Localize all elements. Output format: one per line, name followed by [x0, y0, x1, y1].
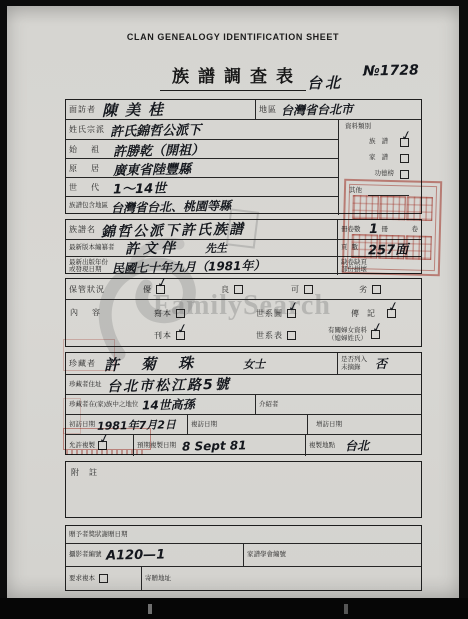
interviewee-label: 面訪者 [69, 105, 96, 114]
item-checkbox [176, 309, 185, 318]
cell-genealogy-name: 族譜名 錦哲公派下許氏族譜 [66, 220, 338, 239]
pubdate-value: 民國七十年九月（1981年） [112, 256, 266, 276]
lineage-left-column: 姓氏宗派 許氏錦哲公派下 始祖 許勝乾（開祖） 原居 廣東省陸豐縣 世代 1～1… [66, 120, 338, 215]
pubdate-label-line2: 或發現日期 [69, 266, 108, 274]
content-item-pedigree-chart: 世系圖 ✓ [256, 309, 296, 318]
opt-checkbox [304, 285, 313, 294]
checkbox-icon [304, 285, 313, 294]
content-item-pedigree-table: 世系表 [256, 331, 296, 340]
condition-opt-excellent: 優 ✓ [143, 285, 165, 294]
row-holder: 珍藏者 許菊珠 女士 是否列入 未摘錄 否 [66, 353, 421, 374]
cell-pages: 頁數 257面 [338, 240, 421, 256]
lineage-label: 姓氏宗派 [69, 125, 105, 134]
handwritten-sheet-number: №1728 [363, 62, 419, 79]
row-interviewee: 面訪者 陳美桂 地區 台灣省台北市 [66, 100, 421, 119]
introducer-label: 介紹者 [259, 401, 279, 409]
notes-label: 附註 [71, 468, 107, 477]
compiler-title: 先生 [204, 240, 226, 256]
category-item-zupu: 族譜 ✓ [345, 138, 417, 147]
table-genealogy-info: 族譜名 錦哲公派下許氏族譜 冊卷數 1 冊 卷 最新版本編纂者 許文伴 先生 頁… [65, 219, 422, 274]
cell-lineage: 姓氏宗派 許氏錦哲公派下 [66, 120, 338, 139]
cell-society-number: 家譜學會編號 [244, 544, 421, 566]
table-office-use: 贈予者獎狀謝贈日期 攝影者編號 A120—1 家譜學會編號 要求複本 寄贈地址 [65, 525, 422, 591]
cell-additional-visit: 增訪日期 [308, 415, 421, 434]
handwritten-place: 台北 [307, 72, 343, 94]
women-label-line1: 有關婦女資料 [328, 327, 367, 335]
coverage-value: 台灣省台北、桃園等縣 [111, 196, 231, 216]
copy-date-value: 8 Sept 81 [182, 438, 247, 453]
category-gongdebang-checkbox [400, 170, 409, 179]
cell-listed: 是否列入 未摘錄 否 [338, 353, 421, 374]
cell-position: 珍藏者在(家)族中之地位 14世高孫 [66, 395, 256, 414]
cell-address: 珍藏者住址 台北市松江路5號 [66, 375, 421, 394]
page-title: 族譜調查表 [160, 62, 306, 91]
category-other-label: 其他 [349, 187, 362, 195]
coverage-label: 族譜包含地區 [69, 202, 108, 210]
mail-address-label: 寄贈地址 [145, 575, 171, 583]
item-checkbox [287, 331, 296, 340]
missing-label-line1: 缺卷缺頁 [341, 259, 367, 267]
condition-opt-poor: 劣 [359, 285, 381, 294]
category-zupu-checkbox: ✓ [400, 138, 409, 147]
photographer-label: 攝影者編號 [69, 551, 102, 559]
row-award-date: 贈予者獎狀謝贈日期 [66, 526, 421, 543]
address-label: 珍藏者住址 [69, 381, 102, 389]
listed-label-line2: 未摘錄 [341, 364, 367, 372]
scan-edge-mark [344, 604, 348, 614]
cell-photographer: 攝影者編號 A120—1 [66, 544, 244, 566]
missing-label-line2: 部份損壞 [341, 266, 367, 274]
cell-generations: 世代 1～14世 [66, 177, 338, 196]
checkmark-icon: ✓ [371, 320, 385, 337]
cell-holder: 珍藏者 許菊珠 女士 [66, 353, 338, 374]
holder-label: 珍藏者 [69, 359, 96, 368]
category-item-gongdebang: 功德榜 [345, 170, 417, 179]
table-holder-info: 珍藏者 許菊珠 女士 是否列入 未摘錄 否 珍藏者住址 台北市松江路5號 [65, 352, 422, 455]
opt-label: 劣 [359, 285, 368, 294]
cell-introducer: 介紹者 [256, 395, 421, 414]
copy-date-label: 預期複製日期 [137, 442, 176, 450]
checkmark-icon: ✓ [176, 321, 190, 338]
cell-compiler: 最新版本編纂者 許文伴 先生 [66, 240, 338, 256]
cell-award-date: 贈予者獎狀謝贈日期 [66, 526, 421, 543]
category-jiapu-checkbox [400, 154, 409, 163]
cell-missing: 缺卷缺頁 部份損壞 [338, 257, 421, 275]
compiler-label: 最新版本編纂者 [69, 244, 115, 252]
document-header: CLAN GENEALOGY IDENTIFICATION SHEET [7, 32, 459, 42]
genealogy-name-label: 族譜名 [69, 225, 96, 234]
item-checkbox: ✓ [371, 330, 380, 339]
category-item-other: 其他 [345, 186, 417, 196]
volumes-label: 冊卷數 [341, 226, 361, 234]
holder-title: 女士 [243, 355, 265, 371]
item-label: 世系表 [256, 331, 283, 340]
content-item-manuscript: 寫本 [154, 309, 185, 318]
cell-pubdate: 最新出版年份 或發現日期 民國七十年九月（1981年） [66, 257, 338, 275]
item-label: 世系圖 [256, 309, 283, 318]
request-copy-checkbox [99, 574, 108, 583]
row-photographer: 攝影者編號 A120—1 家譜學會編號 [66, 543, 421, 566]
cell-revisit: 複訪日期 [188, 415, 308, 434]
checkmark-icon: ✓ [287, 299, 301, 316]
listed-label-wrap: 是否列入 未摘錄 [341, 356, 367, 371]
origin-label: 原居 [69, 164, 113, 173]
first-visit-value: 1981年7月2日 [97, 416, 176, 434]
permit-label: 允許複製 [69, 442, 95, 450]
content-item-biography: 傳記 ✓ [351, 309, 396, 318]
award-date-label: 贈予者獎狀謝贈日期 [69, 531, 128, 539]
pubdate-label-line1: 最新出版年份 [69, 259, 108, 267]
checkmark-icon: ✓ [156, 275, 170, 292]
item-checkbox: ✓ [287, 309, 296, 318]
cell-interviewee: 面訪者 陳美桂 [66, 100, 256, 119]
condition-label: 保管狀況 [69, 285, 105, 294]
area-label: 地區 [259, 105, 277, 114]
cell-ancestor: 始祖 許勝乾（開祖） [66, 139, 338, 158]
opt-label: 良 [221, 285, 230, 294]
volumes-unit: 冊 [382, 226, 389, 234]
checkbox-icon [287, 331, 296, 340]
generations-value: 1～14世 [113, 177, 167, 197]
category-column: 資料類別 族譜 ✓ 家譜 功德榜 其他 [338, 120, 421, 215]
checkmark-icon: ✓ [98, 431, 112, 448]
women-label-line2: （媳婦姓氏） [328, 335, 367, 343]
ancestor-value: 許勝乾（開祖） [113, 139, 204, 160]
volumes-value: 1 [368, 222, 377, 237]
row-request-copy: 要求複本 寄贈地址 [66, 566, 421, 590]
copy-place-label: 複製地點 [309, 442, 335, 450]
ancestor-label: 始祖 [69, 145, 113, 154]
checkbox-icon [234, 285, 243, 294]
opt-checkbox: ✓ [156, 285, 165, 294]
category-item-jiapu: 家譜 [345, 154, 417, 163]
area-value: 台灣省台北市 [281, 100, 353, 119]
checkbox-icon [176, 309, 185, 318]
listed-label-line1: 是否列入 [341, 356, 367, 364]
opt-label: 可 [291, 285, 300, 294]
checkbox-icon [99, 574, 108, 583]
cell-copy-date: 預期複製日期 8 Sept 81 [134, 435, 306, 456]
cell-origin: 原居 廣東省陸豐縣 [66, 158, 338, 177]
checkbox-icon [400, 154, 409, 163]
women-label-wrap: 有關婦女資料 （媳婦姓氏） [328, 327, 367, 342]
item-label: 傳記 [351, 309, 383, 318]
checkbox-icon [372, 285, 381, 294]
opt-checkbox [234, 285, 243, 294]
society-number-label: 家譜學會編號 [247, 551, 286, 559]
scan-edge-mark [148, 604, 152, 614]
lineage-value: 許氏錦哲公派下 [110, 119, 201, 140]
row-copy-permit: 允許複製 ✓ 預期複製日期 8 Sept 81 複製地點 台北 [66, 434, 421, 456]
condition-opt-fair: 可 [291, 285, 313, 294]
cell-request-copy: 要求複本 [66, 567, 142, 590]
table-condition-content: 保管狀況 優 ✓ 良 可 劣 [65, 278, 422, 347]
scanned-genealogy-form-page: CLAN GENEALOGY IDENTIFICATION SHEET 族譜調查… [0, 0, 468, 619]
row-condition: 保管狀況 優 ✓ 良 可 劣 [66, 279, 421, 299]
interviewee-value: 陳美桂 [102, 98, 171, 120]
row-genealogy-name: 族譜名 錦哲公派下許氏族譜 冊卷數 1 冊 卷 [66, 220, 421, 239]
scan-bottom-bar [0, 598, 468, 619]
pages-label: 頁數 [341, 244, 362, 252]
content-item-women-data: 有關婦女資料 （媳婦姓氏） ✓ [328, 327, 380, 342]
paper-sheet: CLAN GENEALOGY IDENTIFICATION SHEET 族譜調查… [7, 6, 459, 598]
category-zupu-label: 族譜 [369, 138, 394, 146]
opt-label: 優 [143, 285, 152, 294]
table-notes: 附註 [65, 461, 422, 518]
generations-label: 世代 [69, 183, 113, 192]
cell-area: 地區 台灣省台北市 [256, 100, 421, 119]
revisit-label: 複訪日期 [191, 421, 217, 429]
copy-place-value: 台北 [345, 437, 369, 454]
cell-volumes: 冊卷數 1 冊 卷 [338, 220, 421, 239]
cell-permit: 允許複製 ✓ [66, 435, 134, 456]
item-label: 刊本 [154, 331, 172, 340]
listed-value: 否 [375, 355, 387, 372]
row-position: 珍藏者在(家)族中之地位 14世高孫 介紹者 [66, 394, 421, 414]
row-visit-dates: 初訪日期 1981年7月2日 複訪日期 增訪日期 [66, 414, 421, 434]
content-item-printed: 刊本 ✓ [154, 331, 185, 340]
table-respondent: 面訪者 陳美桂 地區 台灣省台北市 姓氏宗派 許氏錦哲公派下 始祖 許勝乾（開 [65, 99, 422, 214]
other-blank-line [368, 186, 409, 196]
item-label: 寫本 [154, 309, 172, 318]
opt-checkbox [372, 285, 381, 294]
permit-checkbox: ✓ [98, 441, 107, 450]
row-lineage-block: 姓氏宗派 許氏錦哲公派下 始祖 許勝乾（開祖） 原居 廣東省陸豐縣 世代 1～1… [66, 119, 421, 215]
position-label: 珍藏者在(家)族中之地位 [69, 401, 138, 409]
pubdate-label-wrap: 最新出版年份 或發現日期 [69, 259, 108, 274]
item-checkbox: ✓ [176, 331, 185, 340]
cell-condition: 保管狀況 優 ✓ 良 可 劣 [66, 279, 421, 299]
photographer-number: A120—1 [105, 547, 165, 563]
item-checkbox: ✓ [387, 309, 396, 318]
row-address: 珍藏者住址 台北市松江路5號 [66, 374, 421, 394]
row-content: 內容 寫本 世系圖 ✓ 傳記 ✓ 刊本 ✓ 世系表 [66, 299, 421, 348]
origin-value: 廣東省陸豐縣 [113, 158, 191, 179]
checkbox-icon [400, 170, 409, 179]
cell-first-visit: 初訪日期 1981年7月2日 [66, 415, 188, 434]
pages-value: 257面 [368, 238, 409, 258]
checkmark-icon: ✓ [387, 299, 401, 316]
category-gongdebang-label: 功德榜 [375, 170, 395, 178]
additional-visit-label: 增訪日期 [316, 421, 342, 429]
cell-coverage: 族譜包含地區 台灣省台北、桃園等縣 [66, 196, 338, 215]
row-pubdate: 最新出版年份 或發現日期 民國七十年九月（1981年） 缺卷缺頁 部份損壞 [66, 256, 421, 275]
position-value: 14世高孫 [142, 395, 195, 413]
holder-value: 許菊珠 [104, 352, 215, 375]
request-copy-label: 要求複本 [69, 575, 95, 583]
cell-copy-place: 複製地點 台北 [306, 435, 421, 456]
cell-mail-address: 寄贈地址 [142, 567, 421, 590]
first-visit-label: 初訪日期 [69, 421, 95, 429]
missing-label-wrap: 缺卷缺頁 部份損壞 [341, 259, 367, 274]
content-label: 內容 [70, 308, 114, 317]
category-jiapu-label: 家譜 [369, 154, 394, 162]
address-value: 台北市松江路5號 [106, 373, 230, 396]
condition-opt-good: 良 [221, 285, 243, 294]
scrolls-unit: 卷 [412, 226, 419, 234]
row-compiler: 最新版本編纂者 許文伴 先生 頁數 257面 [66, 239, 421, 256]
